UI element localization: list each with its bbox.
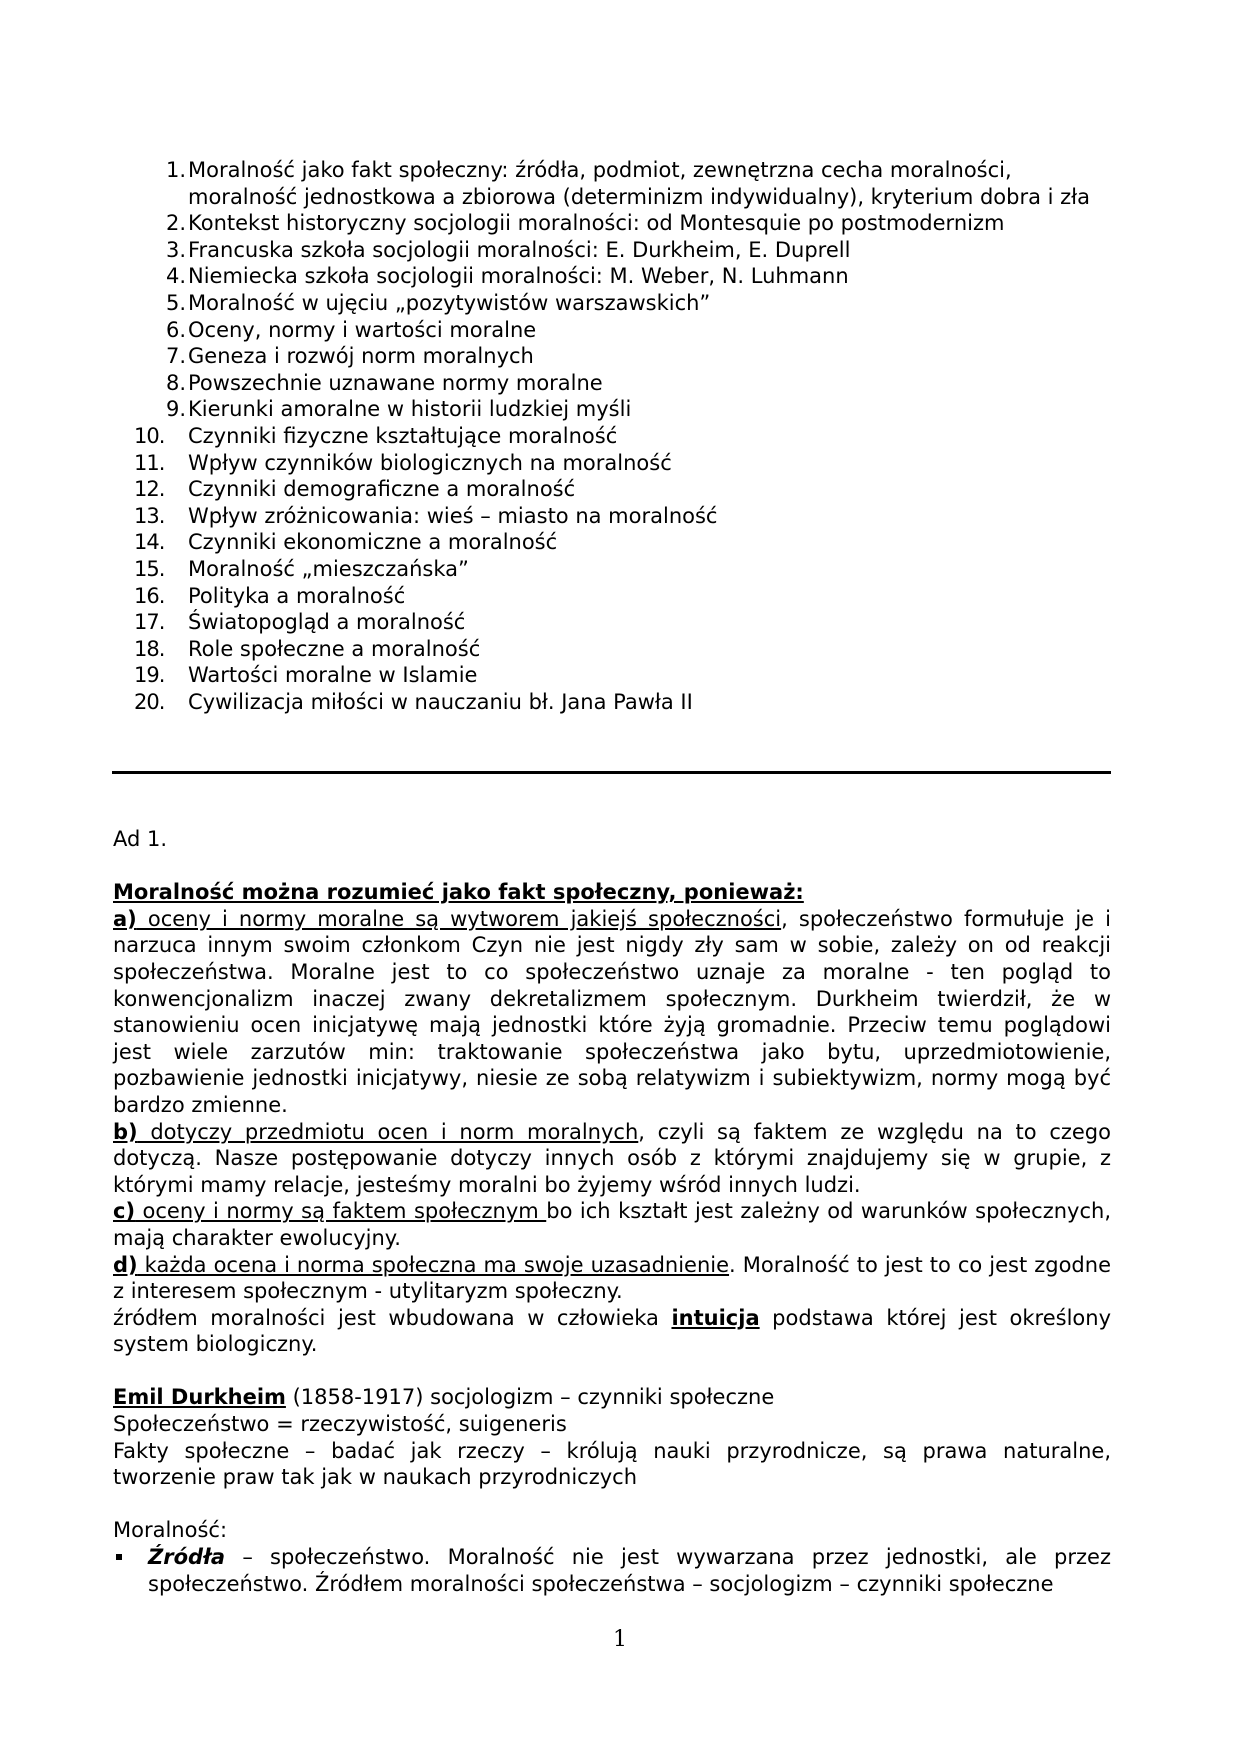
topic-number: 15. <box>134 556 188 583</box>
topic-item: 17.Światopogląd a moralność <box>146 609 1106 636</box>
point-c-label: c) <box>113 1199 135 1223</box>
topic-item: 15.Moralność „mieszczańska” <box>146 556 1106 583</box>
topic-number: 5. <box>146 290 186 317</box>
ad-label: Ad 1. <box>113 826 1111 853</box>
topic-item: 16.Polityka a moralność <box>146 583 1106 610</box>
page-number: 1 <box>0 1627 1240 1652</box>
topic-item: 8.Powszechnie uznawane normy moralne <box>146 370 1106 397</box>
topic-text: Moralność w ujęciu „pozytywistów warszaw… <box>188 291 710 315</box>
topic-number: 13. <box>134 503 188 530</box>
topic-item: 1.Moralność jako fakt społeczny: źródła,… <box>146 157 1106 210</box>
topic-number: 4. <box>146 263 186 290</box>
morality-label: Moralność: <box>113 1517 1111 1544</box>
topic-number: 7. <box>146 343 186 370</box>
topic-number: 9. <box>146 396 186 423</box>
bullet-term: Źródła <box>148 1545 225 1569</box>
intuition-before: źródłem moralności jest wbudowana w czło… <box>113 1306 671 1330</box>
point-a-underlined: oceny i normy moralne są wytworem jakiej… <box>137 907 781 931</box>
topic-item: 11.Wpływ czynników biologicznych na mora… <box>146 450 1106 477</box>
topic-item: 20.Cywilizacja miłości w nauczaniu bł. J… <box>146 689 1106 716</box>
topic-text: Role społeczne a moralność <box>188 637 480 661</box>
topic-text: Kierunki amoralne w historii ludzkiej my… <box>188 397 631 421</box>
topic-text: Powszechnie uznawane normy moralne <box>188 371 603 395</box>
topic-text: Światopogląd a moralność <box>188 610 465 634</box>
topic-text: Cywilizacja miłości w nauczaniu bł. Jana… <box>188 690 693 714</box>
document-page: 1.Moralność jako fakt społeczny: źródła,… <box>0 0 1240 1754</box>
topic-number: 16. <box>134 583 188 610</box>
point-d: d) każda ocena i norma społeczna ma swoj… <box>113 1252 1111 1305</box>
society-line: Społeczeństwo = rzeczywistość, suigeneri… <box>113 1411 1111 1438</box>
topic-number: 14. <box>134 529 188 556</box>
topic-item: 19.Wartości moralne w Islamie <box>146 662 1106 689</box>
topic-number: 10. <box>134 423 188 450</box>
section-heading: Moralność można rozumieć jako fakt społe… <box>113 879 1111 906</box>
topic-number: 6. <box>146 317 186 344</box>
durkheim-line: Emil Durkheim (1858-1917) socjologizm – … <box>113 1384 1111 1411</box>
topic-item: 2.Kontekst historyczny socjologii moraln… <box>146 210 1106 237</box>
topics-list: 1.Moralność jako fakt społeczny: źródła,… <box>146 157 1106 715</box>
topic-text: Czynniki demograficzne a moralność <box>188 477 575 501</box>
topic-number: 19. <box>134 662 188 689</box>
topic-item: 10.Czynniki fizyczne kształtujące moraln… <box>146 423 1106 450</box>
topic-item: 18.Role społeczne a moralność <box>146 636 1106 663</box>
intuition-term: intuicja <box>671 1306 759 1330</box>
topic-number: 1. <box>146 157 186 184</box>
point-b-underlined: dotyczy przedmiotu ocen i norm moralnych <box>138 1120 639 1144</box>
topic-text: Wartości moralne w Islamie <box>188 663 477 687</box>
point-a-text: , społeczeństwo formułuje je i narzuca i… <box>113 907 1111 1117</box>
point-c: c) oceny i normy są faktem społecznym bo… <box>113 1198 1111 1251</box>
topic-text: Czynniki fizyczne kształtujące moralność <box>188 424 617 448</box>
topic-text: Moralność „mieszczańska” <box>188 557 469 581</box>
morality-bullets: Źródła – społeczeństwo. Moralność nie je… <box>113 1544 1111 1597</box>
topic-text: Kontekst historyczny socjologii moralnoś… <box>188 211 1004 235</box>
topic-number: 2. <box>146 210 186 237</box>
topic-text: Moralność jako fakt społeczny: źródła, p… <box>188 158 1090 209</box>
topic-number: 12. <box>134 476 188 503</box>
topic-number: 8. <box>146 370 186 397</box>
square-bullet-icon <box>116 1554 122 1560</box>
intuition-paragraph: źródłem moralności jest wbudowana w czło… <box>113 1305 1111 1358</box>
social-facts-line: Fakty społeczne – badać jak rzeczy – kró… <box>113 1438 1111 1491</box>
topic-item: 5.Moralność w ujęciu „pozytywistów warsz… <box>146 290 1106 317</box>
topic-number: 11. <box>134 450 188 477</box>
point-b-label: b) <box>113 1120 138 1144</box>
topic-item: 13.Wpływ zróżnicowania: wieś – miasto na… <box>146 503 1106 530</box>
topic-item: 6.Oceny, normy i wartości moralne <box>146 317 1106 344</box>
durkheim-dates: (1858-1917) socjologizm – czynniki społe… <box>286 1385 774 1409</box>
topic-text: Polityka a moralność <box>188 584 405 608</box>
topic-number: 20. <box>134 689 188 716</box>
durkheim-name: Emil Durkheim <box>113 1385 286 1409</box>
point-d-label: d) <box>113 1253 138 1277</box>
topic-number: 17. <box>134 609 188 636</box>
topic-item: 14.Czynniki ekonomiczne a moralność <box>146 529 1106 556</box>
point-c-underlined: oceny i normy są faktem społecznym <box>135 1199 546 1223</box>
topic-text: Oceny, normy i wartości moralne <box>188 318 536 342</box>
topic-item: 4.Niemiecka szkoła socjologii moralności… <box>146 263 1106 290</box>
bullet-text: – społeczeństwo. Moralność nie jest wywa… <box>148 1545 1111 1596</box>
point-a-label: a) <box>113 907 137 931</box>
topic-number: 3. <box>146 237 186 264</box>
topic-text: Wpływ zróżnicowania: wieś – miasto na mo… <box>188 504 717 528</box>
bullet-sources: Źródła – społeczeństwo. Moralność nie je… <box>113 1544 1111 1597</box>
section-body: Ad 1. Moralność można rozumieć jako fakt… <box>113 826 1111 1597</box>
horizontal-rule <box>112 771 1111 774</box>
topic-text: Francuska szkoła socjologii moralności: … <box>188 238 850 262</box>
topic-item: 9.Kierunki amoralne w historii ludzkiej … <box>146 396 1106 423</box>
topic-text: Czynniki ekonomiczne a moralność <box>188 530 557 554</box>
topic-item: 12.Czynniki demograficzne a moralność <box>146 476 1106 503</box>
topic-text: Niemiecka szkoła socjologii moralności: … <box>188 264 849 288</box>
point-b: b) dotyczy przedmiotu ocen i norm moraln… <box>113 1119 1111 1199</box>
topic-number: 18. <box>134 636 188 663</box>
topic-text: Geneza i rozwój norm moralnych <box>188 344 534 368</box>
topic-item: 7.Geneza i rozwój norm moralnych <box>146 343 1106 370</box>
topic-item: 3.Francuska szkoła socjologii moralności… <box>146 237 1106 264</box>
topic-text: Wpływ czynników biologicznych na moralno… <box>188 451 672 475</box>
point-d-underlined: każda ocena i norma społeczna ma swoje u… <box>138 1253 729 1277</box>
point-a: a) oceny i normy moralne są wytworem jak… <box>113 906 1111 1119</box>
